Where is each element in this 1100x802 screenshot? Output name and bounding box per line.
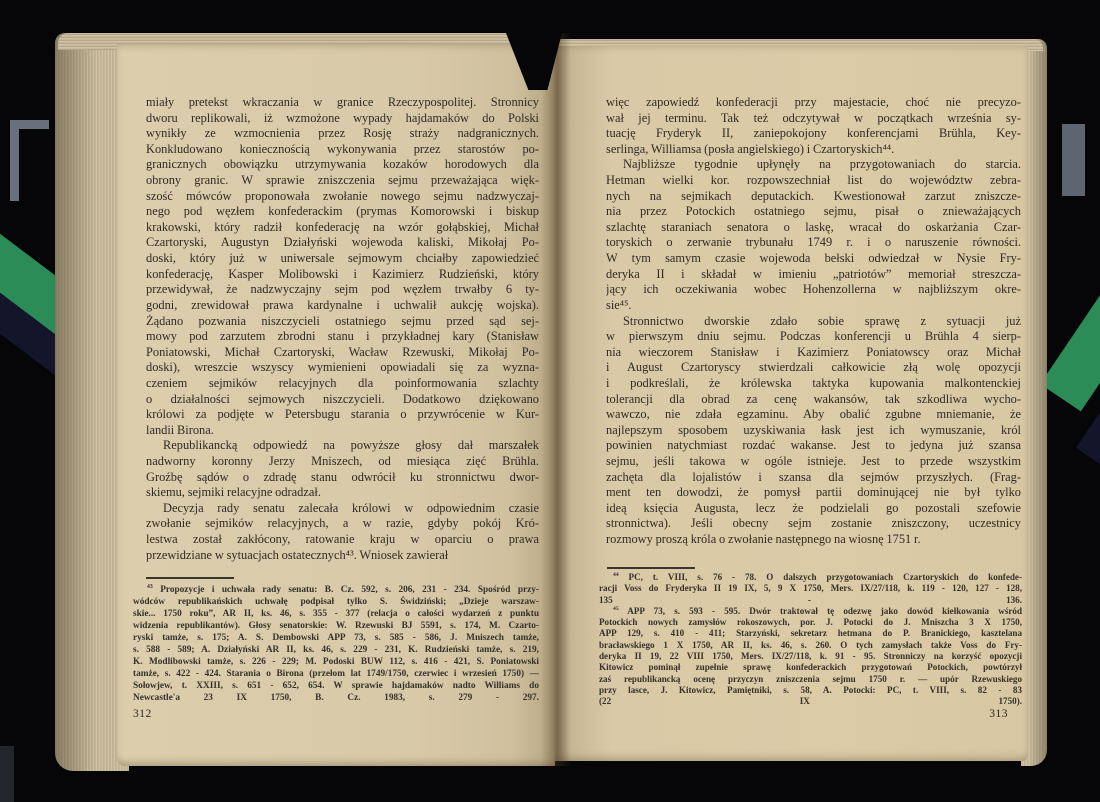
footnote-line: 45 APP 73, s. 593 - 595. Dwór traktował …	[599, 606, 1022, 617]
footnote-line: bracławskiego 1 X 1750, AR II, ks. 46, s…	[599, 640, 1022, 651]
text-line: tuację Fryderyk II, zaniepokojony konfer…	[606, 126, 1021, 142]
text-line: w pierwszym dniu sejmu. Podczas konferen…	[606, 329, 1021, 345]
book-gutter-shadow	[541, 33, 571, 766]
text-line: przewidziane w sytuacjach ostatecznych⁴³…	[146, 548, 539, 564]
text-line: konfederację, Kasper Molibowski i Kazimi…	[146, 267, 539, 283]
footnote-line: (22 IX 1750).	[599, 696, 1022, 707]
text-line: o działalności sejmowych niszczycieli. D…	[146, 392, 539, 408]
text-line: sie⁴⁵.	[606, 298, 1021, 314]
text-line: godni, zrewidował prawa kardynalne i uch…	[146, 298, 539, 314]
text-line: serlinga, Williamsa (posła angielskiego)…	[606, 142, 1021, 158]
text-line: Czartoryski, Augustyn Działyński wojewod…	[146, 235, 539, 251]
text-line: Konkludowano koniecznością wykonywania p…	[146, 142, 539, 158]
gray-sliver-shape	[0, 746, 14, 802]
footnote-line: s. 588 - 589; A. Działyński AR II, ks. 4…	[133, 644, 539, 656]
text-line: sejmu, jeśli takowa w ogóle istnieje. Je…	[606, 454, 1021, 470]
text-line: Poniatowski, Michał Czartoryski, Wacław …	[146, 345, 539, 361]
text-line: zachęta dla lojalistów i szansa dla sejm…	[606, 470, 1021, 486]
text-line: doski), wreszcie wszyscy wymienieni opow…	[146, 360, 539, 376]
footnote-line: widzenia republikantów). Głosy senatorsk…	[133, 620, 539, 632]
text-line: Decyzja rady senatu zalecała królowi w o…	[146, 501, 539, 517]
text-line: szość mówców proponowała zwołanie nowego…	[146, 189, 539, 205]
text-line: tolerancji dla obrad za cenę wakansów, t…	[606, 392, 1021, 408]
text-line: nia wieczorem Stanisław i Kazimierz Poni…	[606, 345, 1021, 361]
left-page-footnotes: 43 Propozycje i uchwała rady senatu: B. …	[133, 584, 539, 704]
right-page-footnotes: 44 PC, t. VIII, s. 76 - 78. O dalszych p…	[599, 572, 1022, 708]
footnote-line: 135 - 136.	[599, 595, 1022, 606]
text-line: rozmowy proszą króla o zwołanie następne…	[606, 532, 1021, 548]
footnote-line: K. Modlibowski tamże, s. 226 - 229; M. P…	[133, 656, 539, 668]
footnote-line: przy lasce, J. Kitowicz, Pamiętniki, s. …	[599, 685, 1022, 696]
text-line: Groźbę sądów o zdradę stanu odwrócił ku …	[146, 470, 539, 486]
text-line: nego pod węzłem konfederackim (prymas Ko…	[146, 204, 539, 220]
text-line: doski, który już w uniwersale sejmowym c…	[146, 251, 539, 267]
text-line: wał jej terminu. Tak też odczytywał w po…	[606, 111, 1021, 127]
page-number: 313	[978, 708, 1008, 720]
footnote-line: APP 129, s. 410 - 411; Starzyński, sekre…	[599, 628, 1022, 639]
footnote-line: 44 PC, t. VIII, s. 76 - 78. O dalszych p…	[599, 572, 1022, 583]
text-line: nych na sejmikach deputackich. Kwestiono…	[606, 189, 1021, 205]
text-line: krakowski, który radził konfederację na …	[146, 220, 539, 236]
footnote-line: wódców republikańskich uchwałę podpisał …	[133, 596, 539, 608]
text-line: ideą księcia Augusta, lecz że podzielali…	[606, 501, 1021, 517]
footnote-line: Newcastle'a 23 IX 1750, B. Cz. 1983, s. …	[133, 692, 539, 704]
text-line: landii Birona.	[146, 423, 539, 439]
text-line: królowi za podjęte w Petersbugu starania…	[146, 407, 539, 423]
footnote-line: skie... 1750 roku”, AR II, ks. 46, s. 35…	[133, 608, 539, 620]
text-line: czeniem sejmików relacyjnych dla poinfor…	[146, 376, 539, 392]
footnote-line: ryski tamże, s. 175; A. S. Dembowski APP…	[133, 632, 539, 644]
footnote-line: zaś republikancką ocenę przyczyn zniszcz…	[599, 674, 1022, 685]
text-line: Stronnictwo dworskie zdało sobie sprawę …	[606, 314, 1021, 330]
right-page-body-text: więc zapowiedź konfederacji przy majesta…	[606, 95, 1021, 548]
text-line: stronnictwa). Jeśli obecny sejm zostanie…	[606, 516, 1021, 532]
text-line: Najbliższe tygodnie upłynęły na przygoto…	[606, 157, 1021, 173]
footnote-line: Kitowicz pominął zupełnie sprawę konfede…	[599, 662, 1022, 673]
gray-bar-shape	[1062, 124, 1085, 196]
text-line: deryka II i składał w imieniu „patriotów…	[606, 267, 1021, 283]
text-line: Żądano pozwania niszczycieli ostatniego …	[146, 314, 539, 330]
text-line: szlachtę staraniach senatora o laskę, wr…	[606, 220, 1021, 236]
footnote-line: racji Voss do Fryderyka II 19 IX, 5, 9 X…	[599, 583, 1022, 594]
text-line: i August Czartoryscy stwierdzali całkowi…	[606, 360, 1021, 376]
text-line: lestwa został zakłócony, ratowanie kraju…	[146, 532, 539, 548]
text-line: toryskich o zerwanie trybunału 1749 r. i…	[606, 235, 1021, 251]
text-line: mowy pod zarzutem zbrodni stanu i przykł…	[146, 329, 539, 345]
text-line: najlepszym sposobem uzyskiwania łask jes…	[606, 423, 1021, 439]
text-line: wawczo, nie zdała egzaminu. Aby obalić z…	[606, 407, 1021, 423]
footnote-line: 43 Propozycje i uchwała rady senatu: B. …	[133, 584, 539, 596]
footnote-marker: 43	[147, 584, 153, 590]
text-line: zwołanie sejmików relacyjnych, a w razie…	[146, 516, 539, 532]
footnote-marker: 45	[613, 606, 619, 612]
text-line: nadworny koronny Jerzy Mniszech, od mies…	[146, 454, 539, 470]
footnote-line: Potockich nowych zamysłów rokoszowych, p…	[599, 617, 1022, 628]
footnote-rule	[146, 577, 234, 579]
text-line: i podkreślali, że królewska taktyka kupo…	[606, 376, 1021, 392]
text-line: obrony granic. W sprawie zniszczenia sej…	[146, 173, 539, 189]
green-diagonal-stripe	[1040, 202, 1100, 412]
left-page-body-text: miały pretekst wkraczania w granice Rzec…	[146, 95, 539, 563]
text-line: wynikły ze wzmocnienia przez Rosję straż…	[146, 126, 539, 142]
corner-bracket-shape	[10, 120, 49, 201]
text-line: ment ten dowodzi, że pomysł partii domin…	[606, 485, 1021, 501]
text-line: dworu replikowali, iż wzmożone wypady ha…	[146, 111, 539, 127]
footnote-marker: 44	[613, 572, 619, 578]
text-line: skiemu, sejmiki relacyjne odradzał.	[146, 485, 539, 501]
text-line: nia przez Potockich ostatniego sejmu, pi…	[606, 204, 1021, 220]
text-line: powinien natychmiast rozdać wakanse. Jes…	[606, 438, 1021, 454]
text-line: W tym samym czasie wojewoda bełski odwie…	[606, 251, 1021, 267]
text-line: miały pretekst wkraczania w granice Rzec…	[146, 95, 539, 111]
text-line: więc zapowiedź konfederacji przy majesta…	[606, 95, 1021, 111]
text-line: Hetman wielki kor. rozpowszechniał list …	[606, 173, 1021, 189]
footnote-line: tamże, s. 422 - 424. Starania o Birona (…	[133, 668, 539, 680]
text-line: jący ich oczekiwania wobec Hohenzollerna…	[606, 282, 1021, 298]
footnote-line: Sołowjew, t. XXIII, s. 651 - 652, 654. W…	[133, 680, 539, 692]
text-line: przewidywał, że nadzwyczajny sejm pod wę…	[146, 282, 539, 298]
footnote-rule	[607, 567, 695, 569]
page-number: 312	[133, 708, 152, 720]
footnote-line: deryka II 19, 22 VIII 1750, Mers. IX/27/…	[599, 651, 1022, 662]
text-line: granicznych obowiązku utrzymywania kozak…	[146, 157, 539, 173]
text-line: Republikancką odpowiedź na powyższe głos…	[146, 438, 539, 454]
